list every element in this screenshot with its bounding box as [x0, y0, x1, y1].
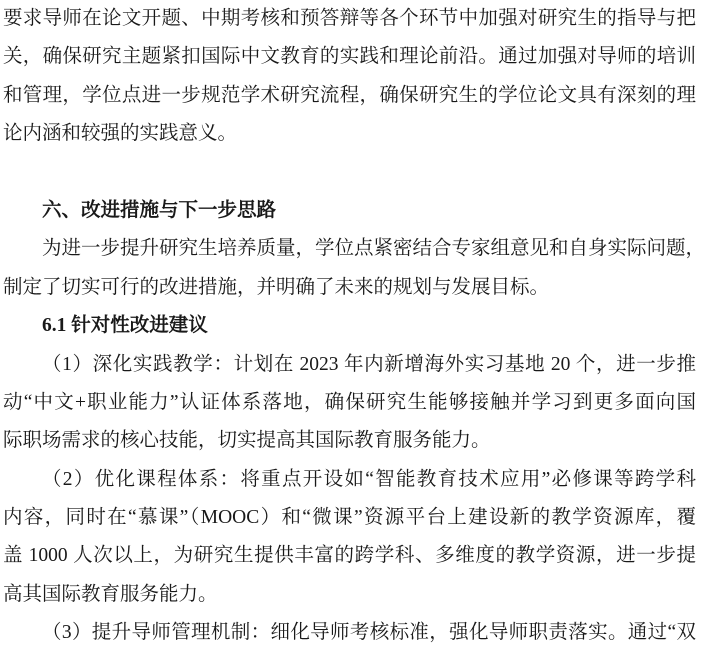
document-line: 关，确保研究主题紧扣国际中文教育的实践和理论前沿。通过加强对导师的培训 [3, 38, 696, 76]
paragraph-gap [3, 154, 696, 192]
document-line: 要求导师在论文开题、中期考核和预答辩等各个环节中加强对研究生的指导与把 [3, 0, 696, 38]
document-line: 高其国际教育服务能力。 [3, 576, 696, 614]
section-heading: 六、改进措施与下一步思路 [3, 192, 696, 230]
document-line: 际职场需求的核心技能，切实提高其国际教育服务能力。 [3, 422, 696, 460]
list-item-line: （1）深化实践教学：计划在 2023 年内新增海外实习基地 20 个，进一步推 [3, 346, 696, 384]
document-line: 论内涵和较强的实践意义。 [3, 115, 696, 153]
document-line: 内容，同时在“慕课”（MOOC）和“微课”资源平台上建设新的教学资源库，覆 [3, 499, 696, 537]
document-line: 和管理，学位点进一步规范学术研究流程，确保研究生的学位论文具有深刻的理 [3, 77, 696, 115]
document-line: 制定了切实可行的改进措施，并明确了未来的规划与发展目标。 [3, 269, 696, 307]
document-line: 动“中文+职业能力”认证体系落地，确保研究生能够接触并学习到更多面向国 [3, 384, 696, 422]
document-page: 要求导师在论文开题、中期考核和预答辩等各个环节中加强对研究生的指导与把 关，确保… [0, 0, 703, 650]
sub-heading: 6.1 针对性改进建议 [3, 307, 696, 345]
document-line: 盖 1000 人次以上，为研究生提供丰富的跨学科、多维度的教学资源，进一步提 [3, 537, 696, 575]
list-item-line: （2）优化课程体系：将重点开设如“智能教育技术应用”必修课等跨学科 [3, 461, 696, 499]
list-item-line: （3）提升导师管理机制：细化导师考核标准，强化导师职责落实。通过“双 [3, 614, 696, 650]
document-line: 为进一步提升研究生培养质量，学位点紧密结合专家组意见和自身实际问题， [3, 230, 696, 268]
